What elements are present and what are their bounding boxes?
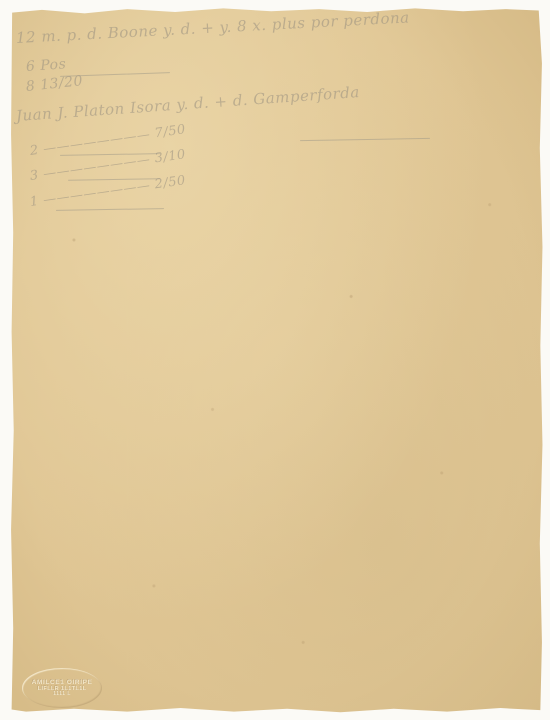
- handwriting-rule-7: [56, 208, 164, 211]
- paper-sheet: 12 m. p. d. Boone y. d. + y. 8 x. plus p…: [10, 7, 543, 713]
- emboss-stamp: AMILCE1 OIRIPE LIFLLR 1L1TL1L 1111 L: [22, 668, 102, 708]
- stamp-line-3: 1111 L: [53, 692, 71, 698]
- handwriting-rule-4: [300, 138, 430, 141]
- stamp-line-1: AMILCE1 OIRIPE: [32, 679, 93, 686]
- scan-background: 12 m. p. d. Boone y. d. + y. 8 x. plus p…: [0, 0, 550, 720]
- handwriting-line-3: 8 13/20: [25, 73, 84, 95]
- handwriting-line-2: 6 Pos: [25, 56, 66, 75]
- handwriting-line-1: 12 m. p. d. Boone y. d. + y. 8 x. plus p…: [16, 8, 410, 47]
